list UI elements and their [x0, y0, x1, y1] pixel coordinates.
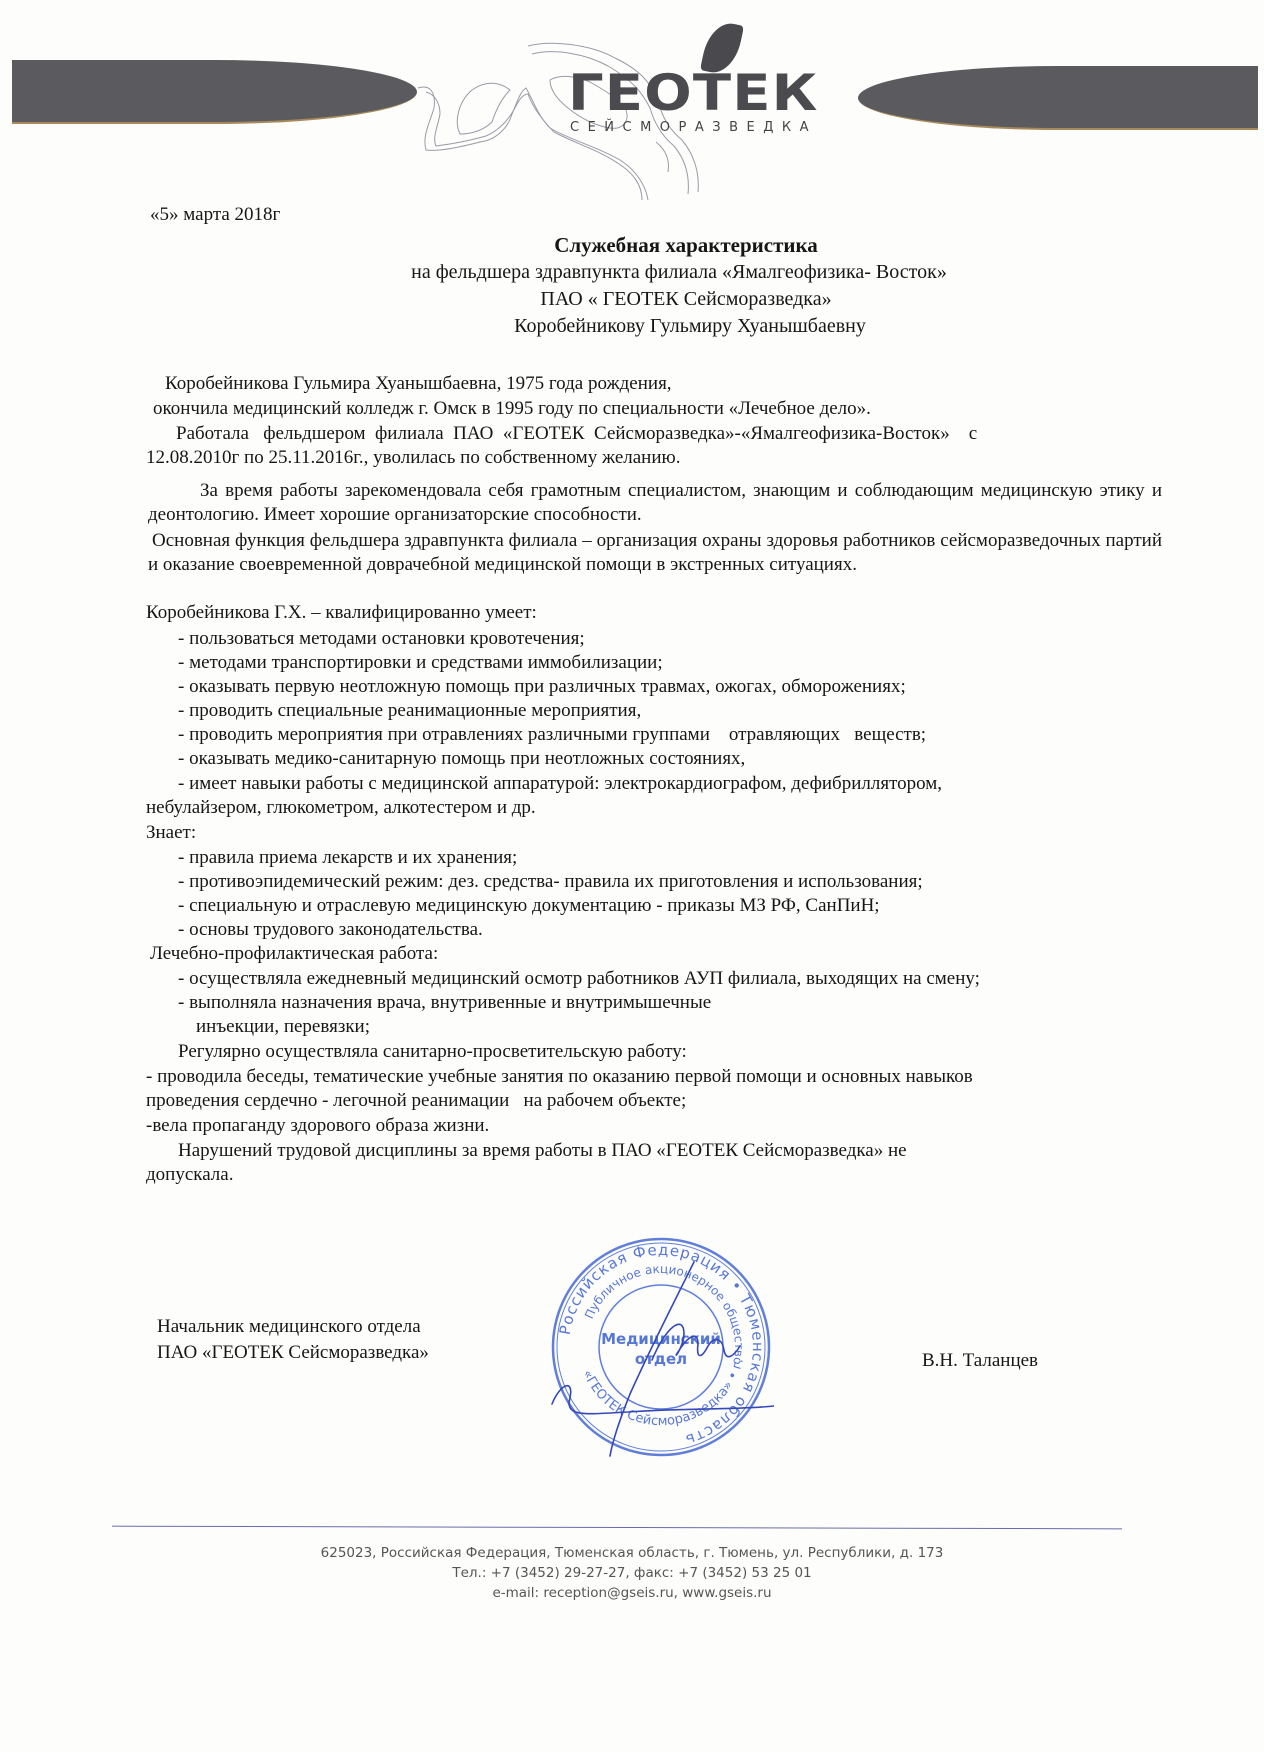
- document-subtitle-company: ПАО « ГЕОТЕК Сейсморазведка»: [222, 286, 1150, 313]
- footer-phones: Тел.: +7 (3452) 29-27-27, факс: +7 (3452…: [100, 1563, 1164, 1583]
- signatory-name: В.Н. Таланцев: [922, 1350, 1038, 1372]
- skills-list-item: - проводить мероприятия при отравлениях …: [178, 724, 926, 746]
- skills-heading: Коробейникова Г.Х. – квалифицированно ум…: [146, 602, 537, 624]
- skills-list-item: - пользоваться методами остановки кровот…: [178, 628, 585, 650]
- paragraph-employment-line1: Работала фельдшером филиала ПАО «ГЕОТЕК …: [176, 423, 1162, 445]
- skills-list-item: - методами транспортировки и средствами …: [178, 652, 663, 674]
- education-list-item: проведения сердечно - легочной реанимаци…: [146, 1090, 686, 1112]
- knows-list-item: - основы трудового законодательства.: [178, 919, 483, 941]
- knows-list-item: - противоэпидемический режим: дез. средс…: [178, 871, 923, 893]
- paragraph-main-function: Основная функция фельдшера здравпункта ф…: [148, 529, 1162, 576]
- skills-list-item: - оказывать медико-санитарную помощь при…: [178, 748, 745, 770]
- company-subtitle: СЕЙСМОРАЗВЕДКА: [570, 120, 817, 135]
- document-subtitle-person: Коробейникову Гульмиру Хуанышбаевну: [230, 313, 1150, 340]
- footer-divider: [112, 1526, 1122, 1530]
- treatment-list-item-continuation: инъекции, перевязки;: [196, 1016, 370, 1038]
- knows-list-item: - правила приема лекарств и их хранения;: [178, 847, 517, 869]
- knows-heading: Знает:: [146, 822, 196, 844]
- footer-contacts: 625023, Российская Федерация, Тюменская …: [100, 1543, 1164, 1603]
- education-list-item: - проводила беседы, тематические учебные…: [146, 1066, 973, 1088]
- skills-list-item-continuation: небулайзером, глюкометром, алкотестером …: [146, 797, 536, 819]
- closing-statement-line1: Нарушений трудовой дисциплины за время р…: [178, 1140, 907, 1162]
- paragraph-bio-line1: Коробейникова Гульмира Хуанышбаевна, 197…: [165, 373, 672, 395]
- company-name: ГЕОТЕК: [568, 68, 818, 118]
- treatment-list-item: - выполняла назначения врача, внутривенн…: [178, 992, 711, 1014]
- stamp-icon: Российская Федерация • Тюменская область…: [548, 1234, 774, 1460]
- letterhead-banner-right: [858, 66, 1258, 130]
- footer-address: 625023, Российская Федерация, Тюменская …: [100, 1543, 1164, 1563]
- document-title-block: Служебная характеристика на фельдшера зд…: [150, 232, 1150, 340]
- letterhead-banner-left: [12, 60, 417, 124]
- skills-list-item: - проводить специальные реанимационные м…: [178, 700, 641, 722]
- document-subtitle-position: на фельдшера здравпункта филиала «Ямалге…: [208, 259, 1150, 286]
- paragraph-reputation: За время работы зарекомендовала себя гра…: [148, 479, 1162, 526]
- skills-list-item: - имеет навыки работы с медицинской аппа…: [178, 773, 942, 795]
- education-heading: Регулярно осуществляла санитарно-просвет…: [178, 1041, 687, 1063]
- svg-text:Медицинский: Медицинский: [601, 1330, 721, 1348]
- skills-list-item: - оказывать первую неотложную помощь при…: [178, 676, 906, 698]
- document-title: Служебная характеристика: [222, 232, 1150, 259]
- closing-statement-line2: допускала.: [146, 1164, 233, 1186]
- treatment-heading: Лечебно-профилактическая работа:: [150, 943, 438, 965]
- footer-email-website: e-mail: reception@gseis.ru, www.gseis.ru: [100, 1583, 1164, 1603]
- education-list-item: -вела пропаганду здорового образа жизни.: [146, 1115, 489, 1137]
- treatment-list-item: - осуществляла ежедневный медицинский ос…: [178, 968, 980, 990]
- company-logo: ГЕОТЕК СЕЙСМОРАЗВЕДКА: [400, 10, 860, 200]
- signatory-role-line2: ПАО «ГЕОТЕК Сейсморазведка»: [157, 1340, 429, 1366]
- paragraph-bio-line2: окончила медицинский колледж г. Омск в 1…: [153, 398, 871, 420]
- signatory-role: Начальник медицинского отдела ПАО «ГЕОТЕ…: [157, 1314, 429, 1366]
- document-date: «5» марта 2018г: [150, 204, 280, 226]
- knows-list-item: - специальную и отраслевую медицинскую д…: [178, 895, 880, 917]
- paragraph-employment-line2: 12.08.2010г по 25.11.2016г., уволилась п…: [146, 447, 680, 469]
- signatory-role-line1: Начальник медицинского отдела: [157, 1314, 429, 1340]
